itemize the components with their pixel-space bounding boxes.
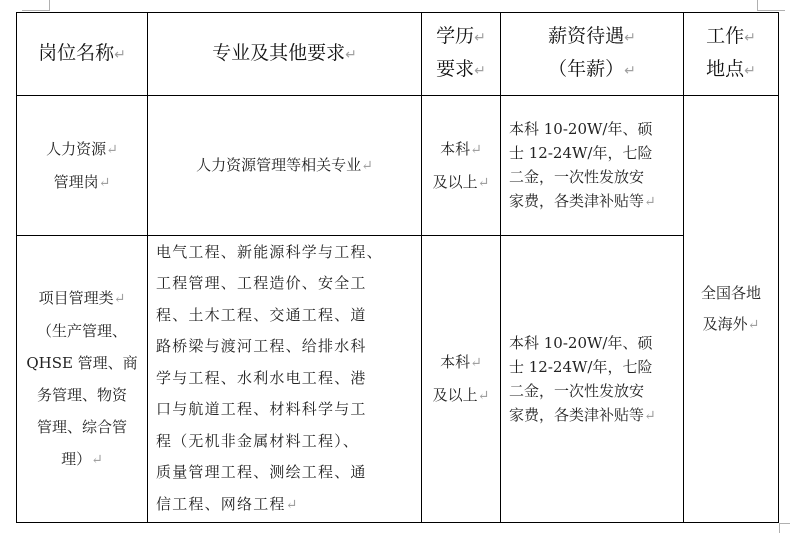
paragraph-mark-icon: ↵ — [345, 47, 357, 63]
paragraph-mark-icon: ↵ — [114, 47, 126, 63]
position-cell: 项目管理类↵ （生产管理、 QHSE 管理、商 务管理、物资 管理、综合管 理）… — [17, 236, 148, 523]
education-cell: 本科↵ 及以上↵ — [422, 236, 501, 523]
header-salary: 薪资待遇↵ （年薪）↵ — [501, 13, 684, 96]
paragraph-mark-icon: ↵ — [624, 30, 636, 46]
paragraph-mark-icon: ↵ — [106, 142, 118, 158]
paragraph-mark-icon: ↵ — [644, 408, 656, 424]
paragraph-mark-icon: ↵ — [99, 175, 111, 191]
page-margin-corner-top-right — [757, 0, 785, 11]
paragraph-mark-icon: ↵ — [478, 388, 490, 404]
paragraph-mark-icon: ↵ — [474, 63, 486, 79]
paragraph-mark-icon: ↵ — [624, 63, 636, 79]
salary-cell: 本科 10-20W/年、硕 士 12-24W/年，七险 二金，一次性发放安 家费… — [501, 236, 684, 523]
job-table: 岗位名称↵ 专业及其他要求↵ 学历↵ 要求↵ 薪资待遇↵ （年薪）↵ 工作↵ 地… — [16, 12, 779, 523]
table-row: 人力资源↵ 管理岗↵ 人力资源管理等相关专业↵ 本科↵ 及以上↵ 本科 10-2… — [17, 96, 779, 236]
paragraph-mark-icon: ↵ — [470, 355, 482, 371]
paragraph-mark-icon: ↵ — [91, 452, 103, 468]
salary-cell: 本科 10-20W/年、硕 士 12-24W/年，七险 二金，一次性发放安 家费… — [501, 96, 684, 236]
paragraph-mark-icon: ↵ — [474, 30, 486, 46]
page-margin-corner-top-left — [22, 0, 50, 11]
paragraph-mark-icon: ↵ — [114, 291, 126, 307]
paragraph-mark-icon: ↵ — [470, 142, 482, 158]
requirements-cell: 人力资源管理等相关专业↵ — [148, 96, 422, 236]
header-location: 工作↵ 地点↵ — [684, 13, 779, 96]
requirements-cell: 电气工程、新能源科学与工程、 工程管理、工程造价、安全工 程、土木工程、交通工程… — [148, 236, 422, 523]
education-cell: 本科↵ 及以上↵ — [422, 96, 501, 236]
header-position: 岗位名称↵ — [17, 13, 148, 96]
position-cell: 人力资源↵ 管理岗↵ — [17, 96, 148, 236]
paragraph-mark-icon: ↵ — [744, 63, 756, 79]
paragraph-mark-icon: ↵ — [361, 158, 373, 174]
paragraph-mark-icon: ↵ — [478, 175, 490, 191]
header-requirements: 专业及其他要求↵ — [148, 13, 422, 96]
paragraph-mark-icon: ↵ — [644, 194, 656, 210]
paragraph-mark-icon: ↵ — [286, 497, 299, 513]
paragraph-mark-icon: ↵ — [748, 317, 760, 333]
paragraph-mark-icon: ↵ — [744, 30, 756, 46]
header-row: 岗位名称↵ 专业及其他要求↵ 学历↵ 要求↵ 薪资待遇↵ （年薪）↵ 工作↵ 地… — [17, 13, 779, 96]
page-margin-corner-bottom-right — [779, 523, 790, 533]
location-cell: 全国各地 及海外↵ — [684, 96, 779, 523]
table-row: 项目管理类↵ （生产管理、 QHSE 管理、商 务管理、物资 管理、综合管 理）… — [17, 236, 779, 523]
header-education: 学历↵ 要求↵ — [422, 13, 501, 96]
